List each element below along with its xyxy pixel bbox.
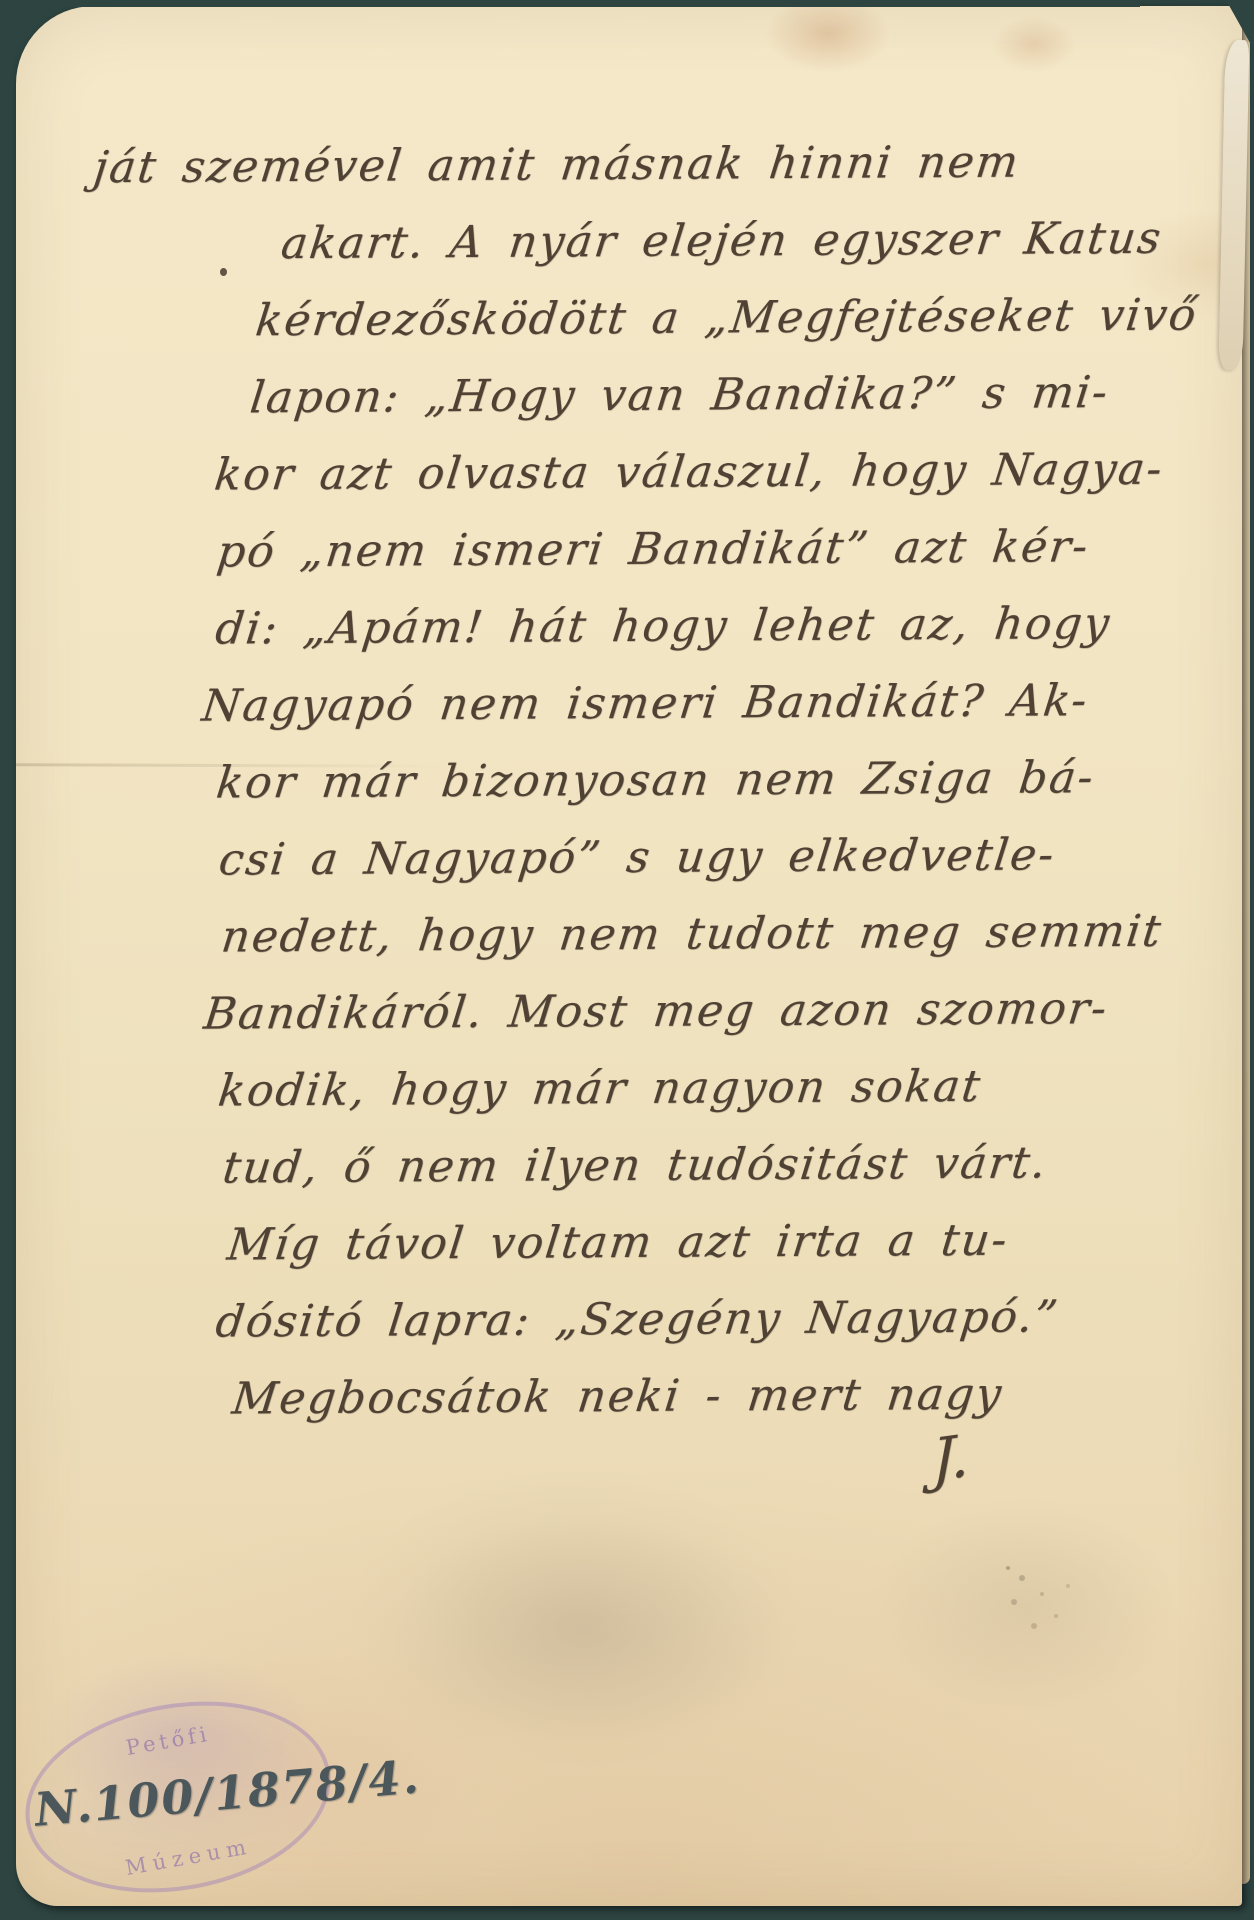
handwritten-line: di: „Apám! hát hogy lehet az, hogy — [211, 584, 1242, 667]
handwritten-line: Nagyapó nem ismeri Bandikát? Ak- — [198, 661, 1242, 744]
handwritten-line: kérdezősködött a „Megfejtéseket vivő — [251, 276, 1242, 359]
handwritten-line: dósitó lapra: „Szegény Nagyapó.” — [212, 1277, 1242, 1360]
ink-speckles — [1006, 1566, 1010, 1570]
scanner-background-strip — [0, 0, 1140, 7]
handwritten-line: kodik, hogy már nagyon sokat — [214, 1046, 1242, 1129]
handwritten-line: nedett, hogy nem tudott meg semmit — [217, 892, 1242, 975]
handwritten-line: kor már bizonyosan nem Zsiga bá- — [212, 738, 1242, 821]
stain-spot — [386, 1516, 786, 1746]
handwritten-line: ját szemével amit másnak hinni nem — [89, 122, 1242, 206]
handwritten-line: tud, ő nem ilyen tudósitást várt. — [219, 1123, 1242, 1206]
handwritten-line: akart. A nyár elején egyszer Katus — [277, 199, 1242, 282]
letter-paper: ját szemével amit másnak hinni nem akart… — [16, 6, 1242, 1906]
handwritten-line: Megbocsátok neki - mert nagy — [228, 1354, 1242, 1437]
handwritten-line: csi a Nagyapó” s ugy elkedvetle- — [215, 815, 1242, 898]
scanned-letter-page: ját szemével amit másnak hinni nem akart… — [0, 0, 1254, 1920]
handwritten-line: Bandikáról. Most meg azon szomor- — [200, 969, 1242, 1052]
handwritten-line: kor azt olvasta válaszul, hogy Nagya- — [210, 430, 1242, 513]
handwritten-line: lapon: „Hogy van Bandika?” s mi- — [246, 353, 1242, 436]
signature: J. — [932, 1421, 969, 1495]
handwritten-line: Míg távol voltam azt irta a tu- — [223, 1200, 1242, 1283]
handwritten-line: pó „nem ismeri Bandikát” azt kér- — [213, 507, 1242, 590]
letter-body: ját szemével amit másnak hinni nem akart… — [16, 122, 1242, 1438]
